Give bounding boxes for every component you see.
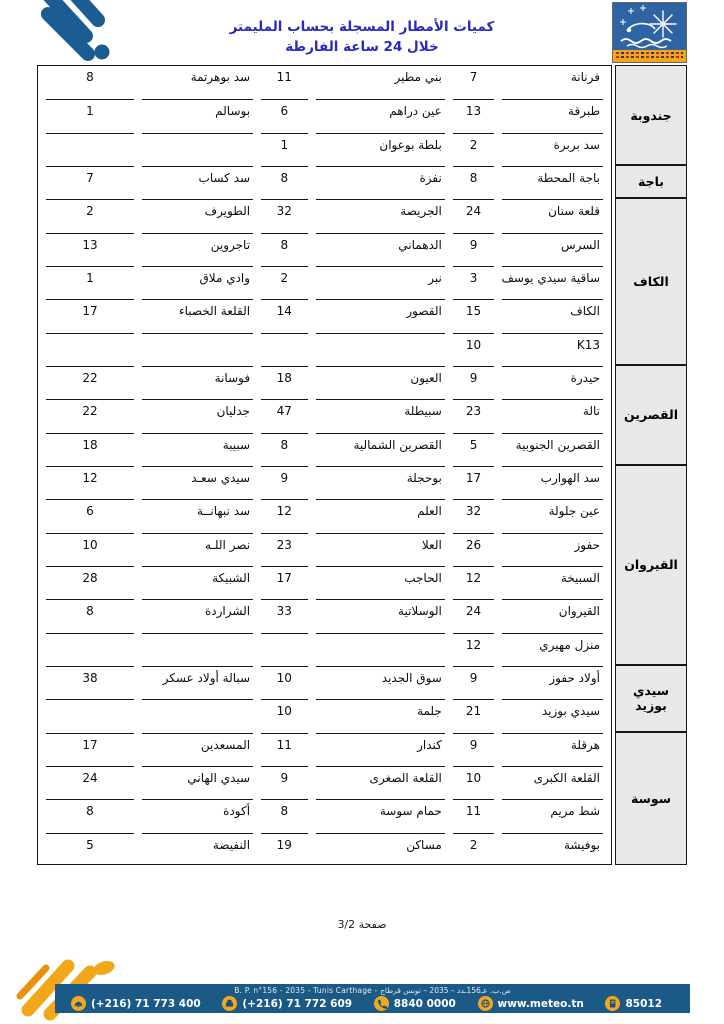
station-name: سد الهوارب [502,466,603,499]
table-row: سيدي بوزيد21جلمة10 [46,699,603,732]
footer-address: B. P. n°156 - 2035 - Tunis Carthage - ص.… [65,986,680,995]
rain-value [46,633,134,666]
rain-value: 12 [453,633,494,666]
station-name: حيدرة [502,366,603,399]
station-name: أكودة [142,799,253,832]
station-name: فوسانة [142,366,253,399]
rain-value: 11 [453,799,494,832]
governorate-label: باجة [615,165,687,198]
rain-value: 11 [261,66,308,99]
station-name: كندار [316,733,445,766]
rain-value: 11 [261,733,308,766]
table-row: عين جلولة32العلم12سد نبهانــة6 [46,499,603,532]
rain-value: 8 [261,233,308,266]
table-row: K1310 [46,333,603,366]
rain-value: 32 [261,199,308,232]
station-name: الشراردة [142,599,253,632]
governorate-label: سيدي بوزيد [615,665,687,732]
rain-value: 2 [46,199,134,232]
rain-value: 13 [453,99,494,132]
rain-value: 15 [453,299,494,332]
station-name [142,633,253,666]
table-row: السبيخة12الحاجب17الشبيكة28 [46,566,603,599]
contact-website: www.meteo.tn [478,996,584,1011]
station-name: سبالة أولاد عسكر [142,666,253,699]
footer-bar: B. P. n°156 - 2035 - Tunis Carthage - ص.… [55,984,690,1013]
table-row: حفوز26العلا23نصر اللـه10 [46,533,603,566]
rain-value: 12 [453,566,494,599]
rain-value: 10 [453,333,494,366]
station-name: الشبيكة [142,566,253,599]
rain-table: فرنانة7بني مطير11سد بوهرتمة8طبرقة13عين د… [38,66,611,866]
rain-value: 21 [453,699,494,732]
rain-value: 1 [261,133,308,166]
rain-value: 9 [453,366,494,399]
sms-icon [605,996,620,1011]
station-name: القصرين الشمالية [316,433,445,466]
rain-value: 5 [46,833,134,866]
station-name: نبر [316,266,445,299]
page-title: كميات الأمطار المسجلة بحساب المليمتر خلا… [162,18,562,57]
station-name: عين جلولة [502,499,603,532]
station-name [142,333,253,366]
footer-address-en: B. P. n°156 - 2035 - Tunis Carthage - [234,986,377,995]
rain-value: 26 [453,533,494,566]
station-name: مساكن [316,833,445,866]
station-name: تاجروين [142,233,253,266]
rain-value: 13 [46,233,134,266]
governorate-label: القيروان [615,465,687,665]
table-row: سد بربرة2بلطة بوعوان1 [46,133,603,166]
rain-value: 9 [453,233,494,266]
rain-value: 24 [453,599,494,632]
inm-logo-art [613,3,686,50]
inm-logo-caption-band [613,50,686,62]
station-name: باجة المحطة [502,166,603,199]
contact-fax: (+216) 71 772 609 [222,996,352,1011]
contact-phone-1-label: (+216) 71 773 400 [91,998,201,1010]
stations-area: فرنانة7بني مطير11سد بوهرتمة8طبرقة13عين د… [37,65,612,865]
station-name: بوفيشة [502,833,603,866]
station-name: ساقية سيدي يوسف [502,266,603,299]
station-name: سد بوهرتمة [142,66,253,99]
station-name: القلعة الكبرى [502,766,603,799]
rain-value: 22 [46,366,134,399]
rain-value: 9 [453,666,494,699]
station-name: حمام سوسة [316,799,445,832]
rain-value: 10 [261,699,308,732]
station-name: السرس [502,233,603,266]
station-name: سيدي الهاني [142,766,253,799]
rain-value: 9 [261,466,308,499]
rain-value: 14 [261,299,308,332]
rainfall-table: جندوبةباجةالكافالقصرينالقيروانسيدي بوزيد… [37,65,687,865]
rain-value: 3 [453,266,494,299]
station-name: الوسلاتية [316,599,445,632]
handset-icon [374,996,389,1011]
station-name: الدهماني [316,233,445,266]
station-name: طبرقة [502,99,603,132]
footer-contacts: (+216) 71 773 400 (+216) 71 772 609 [65,995,680,1011]
rain-value: 2 [261,266,308,299]
rain-value: 17 [261,566,308,599]
governorate-label: القصرين [615,365,687,465]
table-row: فرنانة7بني مطير11سد بوهرتمة8 [46,66,603,99]
rain-value: 12 [46,466,134,499]
title-line-2: خلال 24 ساعة الفارطة [162,38,562,58]
table-row: قلعة سنان24الجريصة32الطويرف2 [46,199,603,232]
station-name: فرنانة [502,66,603,99]
brand-stripes-icon [30,0,160,72]
station-name: الحاجب [316,566,445,599]
table-row: سد الهوارب17بوحجلة9سيدي سعـد12 [46,466,603,499]
rain-value: 8 [261,433,308,466]
rain-value: 23 [453,399,494,432]
rain-value: 38 [46,666,134,699]
station-name: هرقلة [502,733,603,766]
station-name [142,699,253,732]
rain-value: 2 [453,133,494,166]
station-name [316,633,445,666]
table-row: منزل مهيري12 [46,633,603,666]
station-name: قلعة سنان [502,199,603,232]
table-row: طبرقة13عين دراهم6بوسالم1 [46,99,603,132]
rain-value: 8 [261,166,308,199]
station-name: العيون [316,366,445,399]
station-name: K13 [502,333,603,366]
station-name: تالة [502,399,603,432]
station-name: نفزة [316,166,445,199]
rain-value: 10 [453,766,494,799]
station-name: عين دراهم [316,99,445,132]
station-name: القصور [316,299,445,332]
rain-value: 5 [453,433,494,466]
title-line-1: كميات الأمطار المسجلة بحساب المليمتر [162,18,562,38]
station-name: بلطة بوعوان [316,133,445,166]
rain-value: 19 [261,833,308,866]
rain-table-body: فرنانة7بني مطير11سد بوهرتمة8طبرقة13عين د… [46,66,603,866]
station-name: سوق الجديد [316,666,445,699]
rain-value: 8 [46,599,134,632]
table-row: تالة23سبيطلة47جدليان22 [46,399,603,432]
rain-value: 1 [46,99,134,132]
rain-value: 9 [453,733,494,766]
rain-value: 2 [453,833,494,866]
station-name [316,333,445,366]
table-row: القيروان24الوسلاتية33الشراردة8 [46,599,603,632]
table-row: باجة المحطة8نفزة8سد كساب7 [46,166,603,199]
rain-value [46,133,134,166]
rain-value: 1 [46,266,134,299]
station-name: القيروان [502,599,603,632]
rain-value: 33 [261,599,308,632]
rain-value [261,633,308,666]
rain-value: 18 [46,433,134,466]
station-name: المسعدين [142,733,253,766]
rain-value: 47 [261,399,308,432]
station-name: سبيطلة [316,399,445,432]
rain-value [46,333,134,366]
station-name: السبيخة [502,566,603,599]
station-name: بوحجلة [316,466,445,499]
station-name: القلعة الخصباء [142,299,253,332]
station-name: العلم [316,499,445,532]
station-name: الكاف [502,299,603,332]
table-row: أولاد حفوز9سوق الجديد10سبالة أولاد عسكر3… [46,666,603,699]
governorate-column: جندوبةباجةالكافالقصرينالقيروانسيدي بوزيد… [615,65,687,865]
rain-value: 24 [46,766,134,799]
phone-icon [71,996,86,1011]
contact-sms-label: 85012 [625,998,662,1010]
station-name: القصرين الجنوبية [502,433,603,466]
station-name: سد نبهانــة [142,499,253,532]
station-name: سد بربرة [502,133,603,166]
rain-value: 8 [261,799,308,832]
station-name: سد كساب [142,166,253,199]
fax-icon [222,996,237,1011]
table-row: حيدرة9العيون18فوسانة22 [46,366,603,399]
station-name: العلا [316,533,445,566]
inm-logo [612,2,687,63]
table-row: هرقلة9كندار11المسعدين17 [46,733,603,766]
rain-value: 8 [453,166,494,199]
contact-website-label: www.meteo.tn [498,998,584,1010]
station-name: القلعة الصغرى [316,766,445,799]
table-row: القلعة الكبرى10القلعة الصغرى9سيدي الهاني… [46,766,603,799]
station-name [142,133,253,166]
report-page: كميات الأمطار المسجلة بحساب المليمتر خلا… [0,0,724,1024]
rain-value: 17 [46,299,134,332]
footer-address-ar: ص.ب. عـ156ـدد – 2035 – تونس قرطاج [380,986,511,995]
station-name: وادي ملاق [142,266,253,299]
governorate-label: سوسة [615,732,687,865]
rain-value: 17 [453,466,494,499]
table-row: الكاف15القصور14القلعة الخصباء17 [46,299,603,332]
table-row: السرس9الدهماني8تاجروين13 [46,233,603,266]
governorate-label: جندوبة [615,65,687,165]
globe-icon [478,996,493,1011]
contact-phone-1: (+216) 71 773 400 [71,996,201,1011]
contact-phone-2: 8840 0000 [374,996,456,1011]
rain-value: 6 [46,499,134,532]
rain-value: 7 [46,166,134,199]
station-name: الطويرف [142,199,253,232]
station-name: نصر اللـه [142,533,253,566]
station-name: بوسالم [142,99,253,132]
table-row: القصرين الجنوبية5القصرين الشمالية8سبيبة1… [46,433,603,466]
rain-value: 10 [46,533,134,566]
governorate-label: الكاف [615,198,687,365]
rain-value: 8 [46,66,134,99]
rain-value: 12 [261,499,308,532]
station-name: حفوز [502,533,603,566]
rain-value [261,333,308,366]
rain-value: 24 [453,199,494,232]
station-name: سيدي بوزيد [502,699,603,732]
station-name: شط مريم [502,799,603,832]
table-row: شط مريم11حمام سوسة8أكودة8 [46,799,603,832]
rain-value: 18 [261,366,308,399]
station-name: النفيضة [142,833,253,866]
table-row: ساقية سيدي يوسف3نبر2وادي ملاق1 [46,266,603,299]
rain-value: 9 [261,766,308,799]
contact-fax-label: (+216) 71 772 609 [242,998,352,1010]
rain-value: 7 [453,66,494,99]
rain-value: 28 [46,566,134,599]
table-row: بوفيشة2مساكن19النفيضة5 [46,833,603,866]
contact-sms: 85012 [605,996,662,1011]
rain-value: 8 [46,799,134,832]
rain-value [46,699,134,732]
station-name: الجريصة [316,199,445,232]
station-name: جدليان [142,399,253,432]
rain-value: 17 [46,733,134,766]
rain-value: 32 [453,499,494,532]
rain-value: 23 [261,533,308,566]
station-name: أولاد حفوز [502,666,603,699]
station-name: سيدي سعـد [142,466,253,499]
rain-value: 22 [46,399,134,432]
station-name: جلمة [316,699,445,732]
station-name: سبيبة [142,433,253,466]
station-name: منزل مهيري [502,633,603,666]
contact-phone-2-label: 8840 0000 [394,998,456,1010]
rain-value: 6 [261,99,308,132]
page-number: صفحة 3/2 [0,918,724,931]
rain-value: 10 [261,666,308,699]
station-name: بني مطير [316,66,445,99]
